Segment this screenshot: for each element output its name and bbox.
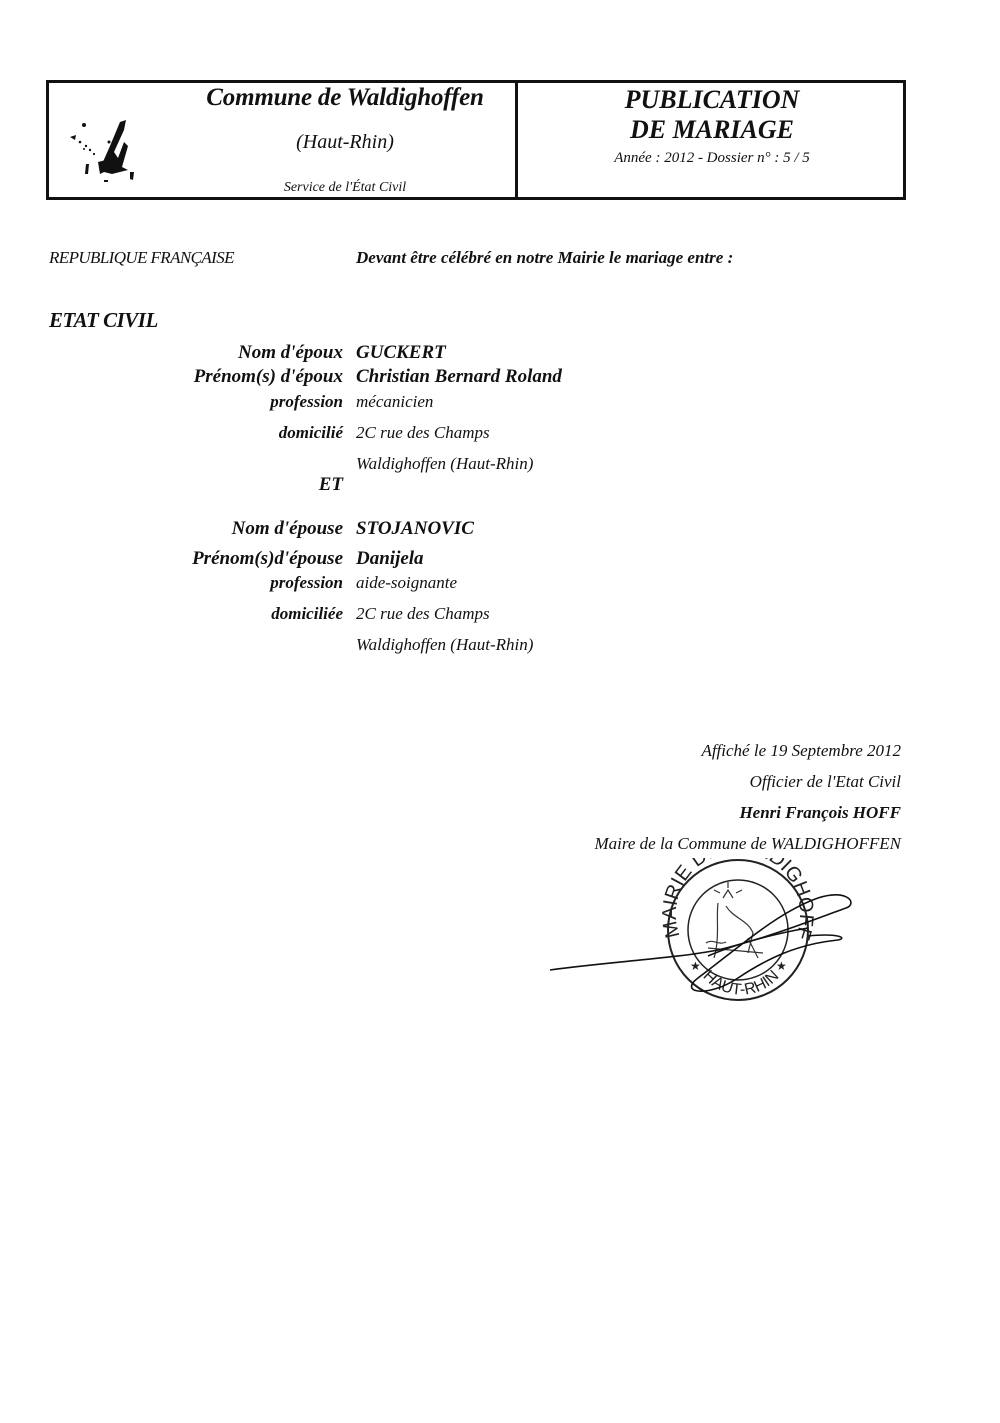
bride-address-line1: 2C rue des Champs (356, 604, 490, 624)
bride-surname-label: Nom d'épouse (232, 518, 343, 540)
commune-region: (Haut-Rhin) (170, 131, 520, 154)
section-heading: ETAT CIVIL (49, 308, 158, 333)
announcement-text: Devant être célébré en notre Mairie le m… (356, 248, 733, 268)
officer-title: Officier de l'Etat Civil (750, 772, 901, 792)
commune-name: Commune de Waldighoffen (170, 84, 520, 112)
groom-profession-label: profession (270, 392, 343, 412)
publication-title-line1: PUBLICATION (518, 85, 906, 115)
civil-status-service: Service de l'État Civil (170, 180, 520, 196)
bride-profession-label: profession (270, 573, 343, 593)
groom-domicile-label: domicilié (279, 423, 343, 443)
bride-firstnames: Danijela (356, 548, 424, 570)
groom-firstnames: Christian Bernard Roland (356, 366, 562, 388)
bride-surname: STOJANOVIC (356, 518, 474, 540)
groom-address-line2: Waldighoffen (Haut-Rhin) (356, 454, 533, 474)
groom-firstnames-label: Prénom(s) d'époux (194, 366, 343, 388)
officer-name: Henri François HOFF (739, 803, 901, 823)
bride-profession: aide-soignante (356, 573, 457, 593)
svg-text:★: ★ (776, 959, 787, 973)
svg-text:★: ★ (690, 959, 701, 973)
groom-surname-label: Nom d'époux (238, 342, 343, 364)
commune-emblem-icon (62, 112, 162, 190)
stamp-and-signature: MAIRIE DE WALDIGHOFFEN HAUT-RHIN ★ ★ (548, 858, 858, 1003)
bride-firstnames-label: Prénom(s)d'épouse (192, 548, 343, 570)
groom-surname: GUCKERT (356, 342, 446, 364)
publication-title-line2: DE MARIAGE (518, 115, 906, 145)
mairie-seal-icon: MAIRIE DE WALDIGHOFFEN HAUT-RHIN ★ ★ (548, 858, 817, 1000)
groom-address-line1: 2C rue des Champs (356, 423, 490, 443)
publication-meta: Année : 2012 - Dossier n° : 5 / 5 (518, 150, 906, 167)
conjunction-et: ET (319, 474, 343, 496)
posted-date: Affiché le 19 Septembre 2012 (701, 741, 901, 761)
svg-text:MAIRIE DE WALDIGHOFFEN: MAIRIE DE WALDIGHOFFEN (548, 858, 817, 942)
bride-address-line2: Waldighoffen (Haut-Rhin) (356, 635, 533, 655)
groom-profession: mécanicien (356, 392, 433, 412)
publication-title: PUBLICATION DE MARIAGE (518, 85, 906, 145)
republique-label: REPUBLIQUE FRANÇAISE (49, 248, 234, 268)
mayor-title: Maire de la Commune de WALDIGHOFFEN (595, 834, 902, 854)
bride-domicile-label: domiciliée (271, 604, 343, 624)
